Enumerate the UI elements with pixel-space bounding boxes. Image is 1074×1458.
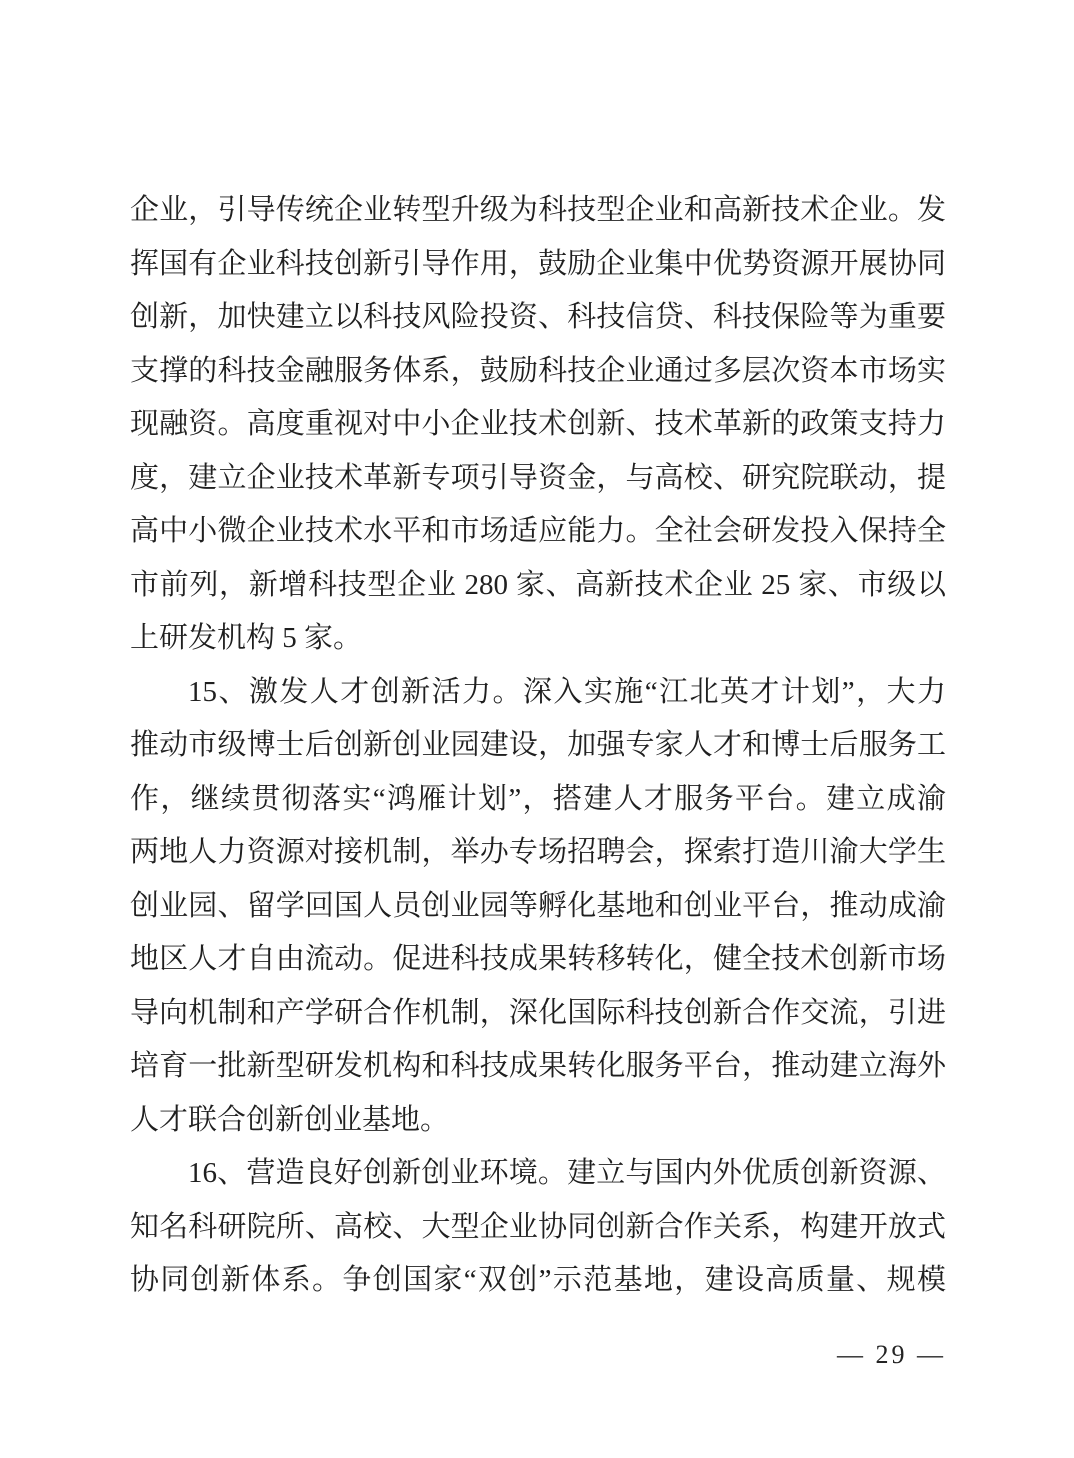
- text-line: 上研发机构 5 家。: [130, 612, 946, 666]
- text-line: 创新，加快建立以科技风险投资、科技信贷、科技保险等为重要: [130, 291, 946, 345]
- text-line: 支撑的科技金融服务体系，鼓励科技企业通过多层次资本市场实: [130, 345, 946, 399]
- text-line: 挥国有企业科技创新引导作用，鼓励企业集中优势资源开展协同: [130, 238, 946, 292]
- text-line: 两地人力资源对接机制，举办专场招聘会，探索打造川渝大学生: [130, 826, 946, 880]
- text-line: 协同创新体系。争创国家“双创”示范基地，建设高质量、规模: [130, 1254, 946, 1308]
- text-line: 16、营造良好创新创业环境。建立与国内外优质创新资源、: [130, 1147, 946, 1201]
- text-line: 度，建立企业技术革新专项引导资金，与高校、研究院联动，提: [130, 452, 946, 506]
- text-line: 创业园、留学回国人员创业园等孵化基地和创业平台，推动成渝: [130, 880, 946, 934]
- paragraph-16: 16、营造良好创新创业环境。建立与国内外优质创新资源、 知名科研院所、高校、大型…: [130, 1147, 946, 1308]
- text-line: 培育一批新型研发机构和科技成果转化服务平台，推动建立海外: [130, 1040, 946, 1094]
- text-line: 15、激发人才创新活力。深入实施“江北英才计划”，大力: [130, 666, 946, 720]
- text-line: 人才联合创新创业基地。: [130, 1094, 946, 1148]
- page-number: — 29 —: [837, 1338, 946, 1372]
- document-body: 企业，引导传统企业转型升级为科技型企业和高新技术企业。发 挥国有企业科技创新引导…: [130, 184, 946, 1308]
- text-line: 高中小微企业技术水平和市场适应能力。全社会研发投入保持全: [130, 505, 946, 559]
- paragraph-continuation: 企业，引导传统企业转型升级为科技型企业和高新技术企业。发 挥国有企业科技创新引导…: [130, 184, 946, 666]
- text-line: 市前列，新增科技型企业 280 家、高新技术企业 25 家、市级以: [130, 559, 946, 613]
- text-line: 企业，引导传统企业转型升级为科技型企业和高新技术企业。发: [130, 184, 946, 238]
- text-line: 现融资。高度重视对中小企业技术创新、技术革新的政策支持力: [130, 398, 946, 452]
- text-line: 作，继续贯彻落实“鸿雁计划”，搭建人才服务平台。建立成渝: [130, 773, 946, 827]
- document-page: 企业，引导传统企业转型升级为科技型企业和高新技术企业。发 挥国有企业科技创新引导…: [0, 0, 1074, 1458]
- text-line: 地区人才自由流动。促进科技成果转移转化，健全技术创新市场: [130, 933, 946, 987]
- paragraph-15: 15、激发人才创新活力。深入实施“江北英才计划”，大力 推动市级博士后创新创业园…: [130, 666, 946, 1148]
- text-line: 知名科研院所、高校、大型企业协同创新合作关系，构建开放式: [130, 1201, 946, 1255]
- text-line: 推动市级博士后创新创业园建设，加强专家人才和博士后服务工: [130, 719, 946, 773]
- text-line: 导向机制和产学研合作机制，深化国际科技创新合作交流，引进: [130, 987, 946, 1041]
